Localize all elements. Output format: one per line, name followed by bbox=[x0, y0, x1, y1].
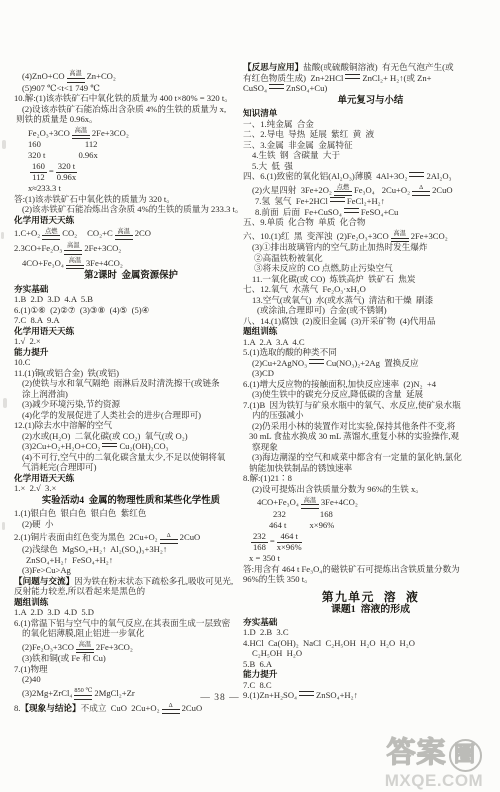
text-run: 盐酸(或硫酸铜溶液) 有无色气泡产生(或 bbox=[303, 62, 453, 72]
text-line: (2)Cu+2AgNO₃Cu(NO₃)₂+2Ag 置换反应 bbox=[243, 358, 498, 369]
text-run: ZnSO₄+H₂↑ bbox=[316, 690, 358, 700]
text-line: x≈233.3 t bbox=[14, 183, 248, 194]
text-run: Cu(NO₃)₂+2Ag 置换反应 bbox=[326, 358, 418, 368]
text-run: 钠能加快铁制品的锈蚀速率 bbox=[249, 463, 352, 473]
text-line: 则铁的质量是 0.96x。 bbox=[14, 114, 248, 125]
text-line: 知识清单 bbox=[243, 108, 498, 119]
text-line: 题组训练 bbox=[14, 597, 248, 608]
text-line: 1.A 2.D 3.D 4.D 5.D bbox=[14, 607, 248, 618]
text-line: x = 350 t bbox=[243, 553, 498, 564]
text-line: (2)硬 小 bbox=[14, 519, 248, 530]
text-run: 五、9.单质 化合物 单质 化合物 bbox=[243, 217, 365, 227]
text-line: 7.C 8.C bbox=[243, 680, 498, 691]
text-line: 8.解:(1)21∶8 bbox=[243, 473, 498, 484]
text-run: 6.(1)①⑥ (2)②⑦ (3)③⑧ (4)⑤ (5)④ bbox=[14, 305, 149, 315]
reaction-equals-arrow bbox=[330, 197, 345, 202]
text-run: (2)设可提炼出含铁质量分数为 96%的生铁 x。 bbox=[252, 484, 424, 494]
text-run: 13.空气(或氧气) 水(或水蒸气) 清洁和干燥 刷漆 bbox=[252, 295, 433, 305]
text-run: 7.(1)物理 bbox=[14, 664, 48, 674]
watermark-site-url: MXQE.COM bbox=[369, 771, 499, 791]
text-run: 气消耗完(合理即可) bbox=[22, 462, 96, 472]
text-line: 钠能加快铁制品的锈蚀速率 bbox=[243, 463, 498, 474]
reaction-equals-arrow: 高温 bbox=[76, 642, 94, 653]
text-run: (4)不可行,空气中的二氧化碳含量太少,不足以使铜将氧 bbox=[22, 452, 225, 462]
text-run: 1.A 2.D 3.D 4.D 5.D bbox=[14, 607, 94, 617]
text-run: 二、2.导电 导热 延展 紫红 黄 液 bbox=[243, 129, 374, 139]
text-line: 化学用语天天练 bbox=[14, 473, 248, 484]
fraction-denominator: 112 bbox=[30, 173, 47, 183]
text-line: 有红色物质生成) Zn+2HClZnCl₂+ H₂↑(或 Zn+ bbox=[243, 73, 498, 84]
bold-text-run: 夯实基础 bbox=[14, 284, 48, 294]
text-line: 4.生铁 钢 含碳量 大于 bbox=[243, 150, 498, 161]
text-line: C₂H₅OH H₂O bbox=[243, 648, 498, 659]
text-run: 则铁的质量是 0.96x。 bbox=[16, 114, 98, 124]
text-run: 2Al₂O₃ bbox=[426, 171, 451, 181]
text-line: (2)仍采用小林的装置作对比实验,保持其他条件不变,将 bbox=[243, 421, 498, 432]
text-run: 12.(1)除去水中溶解的空气 bbox=[14, 420, 112, 430]
text-line: 11.一氧化碳(或 CO) 炼铁高炉 铁矿石 焦炭 bbox=[243, 274, 498, 285]
bold-text-run: 题组训练 bbox=[14, 597, 48, 607]
text-line: 1.√ 2.× bbox=[14, 336, 248, 347]
text-run: 1.(1)银白色 银白色 银白色 紫红色 bbox=[14, 508, 146, 518]
bold-text-run: 能力提升 bbox=[14, 347, 48, 357]
text-run: 6.(1)常温下铝与空气中的氧气反应,在其表面生成一层致密 bbox=[14, 618, 230, 628]
text-line: 12.(1)除去水中溶解的空气 bbox=[14, 420, 248, 431]
text-run: 1.B 2.D 3.D 4.A 5.B bbox=[14, 294, 93, 304]
text-run: (2)Cu+2AgNO₃ bbox=[252, 358, 307, 368]
double-line-icon bbox=[66, 265, 84, 270]
fraction-denominator: 168 bbox=[251, 543, 268, 553]
fraction-numerator: 160 bbox=[30, 162, 47, 173]
text-line: 七、12.氧气 水蒸气 Fe₂O₃·xH₂O bbox=[243, 284, 498, 295]
text-line: 四、6.(1)致密的氧化铝(Al₂O₃)薄膜 4Al+3O₂2Al₂O₃ bbox=[243, 171, 498, 182]
text-line: (3)CD bbox=[243, 368, 498, 379]
text-run: 3Fe+4CO₂ bbox=[321, 497, 358, 507]
text-line: (2)Fe₂O₃+3CO高温2Fe+3CO₂ bbox=[14, 639, 248, 654]
reaction-equals-arrow: Δ bbox=[160, 533, 178, 544]
text-line: (2)火星四射 3Fe+2O₂点燃Fe₃O₄2Cu+O₂Δ2CuO bbox=[243, 182, 498, 197]
text-line: Fe₂O₃+3CO高温2Fe+3CO₂ bbox=[14, 125, 248, 140]
watermark-logo-circled-char: 圈 bbox=[449, 739, 482, 772]
text-run: 2MgCl₂+Zr bbox=[94, 688, 134, 698]
reaction-equals-arrow: 高温 bbox=[72, 128, 90, 139]
text-line: 二、2.导电 导热 延展 紫红 黄 液 bbox=[243, 129, 498, 140]
text-line: (2)浅绿色 MgSO₄+H₂↑ Al₂(SO₄)₃+3H₂↑ bbox=[14, 544, 248, 555]
text-line: 30 mL 食盐水换成 30 mL 蒸馏水,重复小林的实验操作,观 bbox=[243, 431, 498, 442]
text-run: 168 bbox=[320, 509, 333, 519]
text-run: CO₂+C bbox=[87, 228, 113, 238]
text-line: (3)Fe>Cu>Ag bbox=[14, 565, 248, 576]
fraction-denominator: x×96% bbox=[277, 543, 302, 553]
scan-artifact bbox=[2, 522, 5, 530]
reaction-equals-arrow: 点燃 bbox=[42, 229, 60, 240]
reaction-equals-arrow: 850 ℃ bbox=[74, 688, 92, 699]
text-run: (3)海边潮湿的空气和咸菜中都含有一定量的氯化钠,氯化 bbox=[252, 452, 462, 462]
text-line: (3)2Cu+O₂+H₂O+CO₂Cu₂(OH)₂CO₃ bbox=[14, 441, 248, 452]
bold-text-run: 第2课时 金属资源保护 bbox=[84, 271, 178, 281]
text-run: 7.C 8.C bbox=[243, 680, 272, 690]
text-line: 涂上润滑油) bbox=[14, 389, 248, 400]
text-line: 六、10.(1)红 黑 变浑浊 (2)Fe₂O₃+3CO高温2Fe+3CO₂ bbox=[243, 228, 498, 243]
heading-line: 课题1 溶液的形成 bbox=[243, 605, 498, 616]
text-run: ③将未反应的 CO 点燃,防止污染空气 bbox=[254, 263, 393, 273]
text-line: 五、9.单质 化合物 单质 化合物 bbox=[243, 217, 498, 228]
text-run: Zn+CO₂ bbox=[87, 71, 116, 81]
reaction-equals-arrow bbox=[102, 443, 117, 448]
text-run: x = 350 t bbox=[249, 553, 280, 563]
text-line: 察现象 bbox=[243, 442, 498, 453]
text-run: 三、3.金属 非金属 金属特征 bbox=[243, 140, 353, 150]
bold-text-run: 【现象与结论】 bbox=[20, 703, 80, 713]
text-line: 8.前面 后面 Fe+CuSO₄FeSO₄+Cu bbox=[243, 207, 498, 218]
double-line-icon bbox=[344, 208, 359, 213]
text-run: 1.D 2.B 3.C bbox=[243, 627, 289, 637]
heading-line: 实验活动4 金属的物理性质和某些化学性质 bbox=[14, 496, 248, 507]
reaction-equals-arrow: Δ bbox=[162, 703, 180, 714]
text-run: x≈233.3 t bbox=[28, 183, 61, 193]
double-line-icon bbox=[330, 197, 345, 202]
text-line: 1.B 2.D 3.D 4.A 5.B bbox=[14, 294, 248, 305]
text-run: 反射能力较差,所以看起来是黑色的 bbox=[14, 586, 145, 596]
text-line: (2)设该赤铁矿石能冶炼出含杂质 4%的生铁的质量为 x, bbox=[14, 104, 248, 115]
double-line-icon bbox=[162, 709, 180, 714]
text-run: 答:用含有 464 t Fe₃O₄的磁铁矿石可提炼出含铁质量分数为 bbox=[243, 564, 460, 574]
text-run: ZnCl₂+ H₂↑(或 Zn+ bbox=[362, 73, 431, 83]
text-run: (3)2Cu+O₂+H₂O+CO₂ bbox=[22, 441, 100, 451]
text-run: = bbox=[270, 536, 275, 546]
text-run: Fe₃O₄ bbox=[354, 185, 375, 195]
text-run: (2)该赤铁矿石能冶炼出含杂质 4%的生铁的质量为 233.3 t。 bbox=[22, 204, 244, 214]
text-line: (4)化学的发展促进了人类社会的进步(合理即可) bbox=[14, 410, 248, 421]
text-run: 11.(1)铜(或铝合金) 铁(或铝) bbox=[14, 368, 119, 378]
text-line: 4.HCl Ca(OH)₂ NaCl C₂H₅OH H₂O H₂O H₂O bbox=[243, 638, 498, 649]
text-run: 察现象 bbox=[252, 442, 278, 452]
scanned-answer-page: (4)ZnO+CO高温Zn+CO₂(5)907 ℃<t<1 749 ℃10.解:… bbox=[0, 0, 500, 792]
text-line: (2)该赤铁矿石能冶炼出含杂质 4%的生铁的质量为 233.3 t。 bbox=[14, 204, 248, 215]
text-line: 【问题与交流】因为铁在粉末状态下疏松多孔,吸收可见光, bbox=[14, 576, 248, 587]
fraction-numerator: 464 t bbox=[277, 532, 302, 543]
reaction-equals-arrow: 高温 bbox=[64, 243, 82, 254]
text-run: (4)化学的发展促进了人类社会的进步(合理即可) bbox=[22, 410, 201, 420]
text-run: 320 t bbox=[28, 150, 45, 160]
scan-artifact bbox=[1, 232, 4, 239]
text-line: 7.C 8.A 9.A bbox=[14, 315, 248, 326]
reaction-equals-arrow: 点燃 bbox=[334, 185, 352, 196]
text-run: 8.前面 后面 Fe+CuSO₄ bbox=[255, 207, 342, 217]
reaction-equals-arrow: 高温 bbox=[391, 231, 409, 242]
text-run: 11.一氧化碳(或 CO) 炼铁高炉 铁矿石 焦炭 bbox=[252, 274, 415, 284]
text-line: 1.D 2.B 3.C bbox=[243, 627, 498, 638]
fraction: 464 tx×96% bbox=[277, 532, 302, 552]
bold-text-run: 夯实基础 bbox=[243, 617, 277, 627]
text-line: 6.(1)常温下铝与空气中的氧气反应,在其表面生成一层致密 bbox=[14, 618, 248, 629]
heading-line: 单元复习与小结 bbox=[243, 96, 498, 107]
text-line: 夯实基础 bbox=[14, 284, 248, 295]
text-run: 2.3CO+Fe₂O₃ bbox=[14, 243, 62, 253]
text-line: 八、14.(1)腐蚀 (2)废旧金属 (3)开采矿物 (4)代用品 bbox=[243, 316, 498, 327]
text-line: 一、1.纯金属 合金 bbox=[243, 119, 498, 130]
text-line: 能力提升 bbox=[14, 347, 248, 358]
text-line: 9.(1)Zn+H₂SO₄ZnSO₄+H₂↑ bbox=[243, 690, 498, 701]
text-line: 反射能力较差,所以看起来是黑色的 bbox=[14, 586, 248, 597]
text-line: (3)减少环境污染,节约资源 bbox=[14, 399, 248, 410]
text-run: ②高温铁粉被氧化 bbox=[254, 253, 323, 263]
text-line: (或涂油,合理即可) 合金(或不锈钢) bbox=[243, 305, 498, 316]
text-line: 320 t0.96x bbox=[14, 150, 248, 161]
text-run: 7.氢 氢气 Fe+2HCl bbox=[255, 196, 328, 206]
text-run: (2)硬 小 bbox=[22, 519, 54, 529]
text-line: (2)40 bbox=[14, 674, 248, 685]
text-line: 1.A 2.A 3.A 4.C bbox=[243, 337, 498, 348]
watermark: 答案圈 MXQE.COM bbox=[369, 736, 499, 791]
bold-text-run: 化学用语天天练 bbox=[14, 326, 74, 336]
text-line: (3)①排出玻璃管内的空气,防止加热时发生爆炸 bbox=[243, 242, 498, 253]
text-line: 2.(1)铜片表面由红色变为黑色 2Cu+O₂Δ2CuO bbox=[14, 529, 248, 544]
text-run: 2CuO bbox=[182, 703, 203, 713]
text-line: 160112=320 t0.96x bbox=[14, 160, 248, 183]
text-line: 7.(1)物理 bbox=[14, 664, 248, 675]
text-run: 3Fe+4CO₂ bbox=[86, 258, 123, 268]
text-line: 1.C+O₂点燃CO₂CO₂+C高温2CO bbox=[14, 225, 248, 240]
text-line: 7.氢 氢气 Fe+2HClFeCl₂+H₂↑ bbox=[243, 196, 498, 207]
text-line: 5.B 6.A bbox=[243, 659, 498, 670]
text-run: 2Fe+3CO₂ bbox=[411, 231, 448, 241]
text-run: 2.(1)铜片表面由红色变为黑色 2Cu+O₂ bbox=[14, 532, 158, 542]
watermark-logo-text: 答案 bbox=[386, 737, 446, 769]
text-run: (3)Fe>Cu>Ag bbox=[22, 565, 71, 575]
text-line: 10.解:(1)该赤铁矿石中氧化铁的质量为 400 t×80% = 320 t。 bbox=[14, 93, 248, 104]
reaction-equals-arrow: 高温 bbox=[66, 258, 84, 269]
text-run: 涂上润滑油) bbox=[22, 389, 68, 399]
text-run: 4CO+Fe₃O₄ bbox=[257, 497, 299, 507]
text-run: C₂H₅OH H₂O bbox=[252, 648, 302, 658]
text-run: 7.C 8.A 9.A bbox=[14, 315, 60, 325]
text-line: (2)水或(H₂O) 二氧化碳(或 CO₂) 氧气(或 O₂) bbox=[14, 431, 248, 442]
text-line: ZnSO₄+H₂↑ FeSO₄+H₂↑ bbox=[14, 555, 248, 566]
text-run: CuSO₄ bbox=[243, 83, 267, 93]
double-line-icon bbox=[345, 74, 360, 79]
text-run: 30 mL 食盐水换成 30 mL 蒸馏水,重复小林的实验操作,观 bbox=[249, 431, 459, 441]
text-run: 2Fe+3CO₂ bbox=[92, 128, 129, 138]
text-line: 232168 bbox=[243, 509, 498, 520]
text-line: 232168=464 tx×96% bbox=[243, 530, 498, 553]
text-line: 答:(1)该赤铁矿石中氧化铁的质量为 320 t。 bbox=[14, 194, 248, 205]
reaction-equals-arrow: Δ bbox=[412, 185, 430, 196]
text-run: (2)浅绿色 MgSO₄+H₂↑ Al₂(SO₄)₃+3H₂↑ bbox=[22, 544, 167, 554]
text-run: FeSO₄+Cu bbox=[361, 207, 398, 217]
text-run: 464 t bbox=[269, 520, 286, 530]
text-line: 答:用含有 464 t Fe₃O₄的磁铁矿石可提炼出含铁质量分数为 bbox=[243, 564, 498, 575]
text-run: 六、10.(1)红 黑 变浑浊 (2)Fe₂O₃+3CO bbox=[243, 231, 389, 241]
text-run: 8.解:(1)21∶8 bbox=[243, 473, 292, 483]
text-run: CO₂ bbox=[62, 228, 77, 238]
text-line: 化学用语天天练 bbox=[14, 215, 248, 226]
text-run: 0.96x bbox=[78, 150, 97, 160]
text-line: 13.空气(或氧气) 水(或水蒸气) 清洁和干燥 刷漆 bbox=[243, 295, 498, 306]
double-line-icon bbox=[299, 691, 314, 696]
text-line: 化学用语天天练 bbox=[14, 326, 248, 337]
text-run: 四、6.(1)致密的氧化铝(Al₂O₃)薄膜 4Al+3O₂ bbox=[243, 171, 407, 181]
text-run: 7.(1)B 因为铁钉与矿泉水瓶中的氧气、水反应,使矿泉水瓶 bbox=[243, 400, 461, 410]
reaction-equals-arrow bbox=[269, 84, 284, 89]
text-line: (2)使铁与水和氧气隔绝 雨淋后及时清洗擦干(或链条 bbox=[14, 378, 248, 389]
double-line-icon bbox=[269, 84, 284, 89]
reaction-equals-arrow: 高温 bbox=[67, 71, 85, 82]
text-line: (2)设可提炼出含铁质量分数为 96%的生铁 x。 bbox=[243, 484, 498, 495]
bold-text-run: 题组训练 bbox=[243, 326, 277, 336]
reaction-equals-arrow: 高温 bbox=[301, 498, 319, 509]
bold-text-run: 单元复习与小结 bbox=[338, 96, 404, 106]
text-line: 的氧化铝薄膜,阻止铝进一步氧化 bbox=[14, 628, 248, 639]
fraction-denominator: 0.96x bbox=[56, 173, 77, 183]
text-run: 七、12.氧气 水蒸气 Fe₂O₃·xH₂O bbox=[243, 284, 366, 294]
text-line: 气消耗完(合理即可) bbox=[14, 462, 248, 473]
text-line: 夯实基础 bbox=[243, 617, 498, 628]
text-line: 6.(1)①⑥ (2)②⑦ (3)③⑧ (4)⑤ (5)④ bbox=[14, 305, 248, 316]
text-run: 八、14.(1)腐蚀 (2)废旧金属 (3)开采矿物 (4)代用品 bbox=[243, 316, 436, 326]
text-line: 2.3CO+Fe₂O₃高温2Fe+3CO₂ bbox=[14, 240, 248, 255]
text-run: 一、1.纯金属 合金 bbox=[243, 119, 314, 129]
reaction-equals-arrow bbox=[344, 208, 359, 213]
text-line: (3)海边潮湿的空气和咸菜中都含有一定量的氯化钠,氯化 bbox=[243, 452, 498, 463]
reaction-equals-arrow bbox=[309, 359, 324, 364]
bold-text-run: 实验活动4 金属的物理性质和某些化学性质 bbox=[42, 496, 220, 506]
scan-artifact bbox=[2, 140, 6, 149]
text-run: (4)ZnO+CO bbox=[22, 71, 65, 81]
text-run: 内的压强减小 bbox=[252, 410, 304, 420]
fraction-numerator: 320 t bbox=[56, 162, 77, 173]
text-run: 10.C bbox=[14, 357, 30, 367]
reaction-equals-arrow bbox=[299, 691, 314, 696]
text-line: 160112 bbox=[14, 139, 248, 150]
double-line-icon bbox=[309, 359, 324, 364]
reaction-equals-arrow bbox=[345, 74, 360, 79]
text-run: (3)CD bbox=[252, 368, 274, 378]
watermark-logo: 答案圈 bbox=[369, 736, 499, 772]
text-line: 6.(1)增大反应物的接触面积,加快反应速率 (2)N₂ +4 bbox=[243, 379, 498, 390]
text-line: 题组训练 bbox=[243, 326, 498, 337]
text-line: 96%的生铁 350 t。 bbox=[243, 574, 498, 585]
text-line: 10.C bbox=[14, 357, 248, 368]
text-run: (3)①排出玻璃管内的空气,防止加热时发生爆炸 bbox=[252, 242, 427, 252]
text-run: (3)减少环境污染,节约资源 bbox=[22, 399, 120, 409]
text-run: 1.A 2.A 3.A 4.C bbox=[243, 337, 305, 347]
text-run: (2)40 bbox=[22, 674, 41, 684]
text-run: 160 bbox=[28, 139, 41, 149]
text-run: 1.√ 2.× bbox=[14, 336, 41, 346]
text-run: 2Fe+3CO₂ bbox=[96, 642, 133, 652]
text-line: (4)不可行,空气中的二氧化碳含量太少,不足以使铜将氧 bbox=[14, 452, 248, 463]
text-run: 5.B 6.A bbox=[243, 659, 272, 669]
text-run: 2CO bbox=[135, 228, 151, 238]
heading-line: 第2课时 金属资源保护 bbox=[14, 271, 248, 282]
text-line: (4)ZnO+CO高温Zn+CO₂ bbox=[14, 68, 248, 83]
text-line: CuSO₄ZnSO₄+Cu) bbox=[243, 83, 498, 94]
text-run: (3)铁和铜(或 Fe 和 Cu) bbox=[22, 653, 106, 663]
text-line: 三、3.金属 非金属 金属特征 bbox=[243, 140, 498, 151]
text-line: 4CO+Fe₃O₄高温3Fe+4CO₂ bbox=[243, 494, 498, 509]
text-run: 232 bbox=[273, 509, 286, 519]
scan-artifact bbox=[3, 398, 7, 408]
text-run: 10.解:(1)该赤铁矿石中氧化铁的质量为 400 t×80% = 320 t。 bbox=[14, 93, 233, 103]
text-line: 1.(1)银白色 银白色 银白色 紫红色 bbox=[14, 508, 248, 519]
text-run: 2Cu+O₂ bbox=[382, 185, 410, 195]
text-run: 1.× 2.√ 3.× bbox=[14, 483, 56, 493]
text-run: 4.HCl Ca(OH)₂ NaCl C₂H₅OH H₂O H₂O H₂O bbox=[243, 638, 415, 648]
bold-text-run: 能力提升 bbox=[243, 669, 277, 679]
reaction-equals-arrow bbox=[409, 172, 424, 177]
text-line: 内的压强减小 bbox=[243, 410, 498, 421]
text-line: 4CO+Fe₃O₄高温3Fe+4CO₂ bbox=[14, 255, 248, 270]
text-run: (或涂油,合理即可) 合金(或不锈钢) bbox=[257, 305, 387, 315]
text-line: ②高温铁粉被氧化 bbox=[243, 253, 498, 264]
text-run: 2CuO bbox=[180, 532, 201, 542]
text-run: 4CO+Fe₃O₄ bbox=[22, 258, 64, 268]
text-run: 不成立 CuO 2Cu+O₂ bbox=[81, 703, 160, 713]
text-run: (5)907 ℃<t<1 749 ℃ bbox=[22, 83, 100, 93]
text-run: 5.(1)选取的酸的种类不同 bbox=[243, 347, 337, 357]
text-run: = bbox=[49, 166, 54, 176]
text-line: 11.(1)铜(或铝合金) 铁(或铝) bbox=[14, 368, 248, 379]
text-line: 5.(1)选取的酸的种类不同 bbox=[243, 347, 498, 358]
text-run: 1.C+O₂ bbox=[14, 228, 40, 238]
left-column: (4)ZnO+CO高温Zn+CO₂(5)907 ℃<t<1 749 ℃10.解:… bbox=[14, 68, 248, 714]
text-run: 6.(1)增大反应物的接触面积,加快反应速率 (2)N₂ +4 bbox=[243, 379, 436, 389]
text-line: 能力提升 bbox=[243, 669, 498, 680]
text-line: (3)铁和铜(或 Fe 和 Cu) bbox=[14, 653, 248, 664]
text-run: (2)设该赤铁矿石能冶炼出含杂质 4%的生铁的质量为 x, bbox=[22, 104, 226, 114]
text-run: 112 bbox=[85, 139, 98, 149]
text-line: 7.(1)B 因为铁钉与矿泉水瓶中的氧气、水反应,使矿泉水瓶 bbox=[243, 400, 498, 411]
page-number: — 38 — bbox=[170, 693, 270, 703]
text-run: (3)使生铁中的碳充分反应,降低碳的含量 延展 bbox=[252, 389, 423, 399]
text-run: (2)使铁与水和氧气隔绝 雨淋后及时清洗擦干(或链条 bbox=[22, 378, 220, 388]
text-run: (2)火星四射 3Fe+2O₂ bbox=[252, 185, 332, 195]
fraction: 232168 bbox=[251, 532, 268, 552]
text-line: 464 tx×96% bbox=[243, 520, 498, 531]
text-run: 2CuO bbox=[432, 185, 453, 195]
bold-text-run: 第九单元 溶 液 bbox=[322, 590, 420, 604]
text-run: 有红色物质生成) Zn+2HCl bbox=[243, 73, 343, 83]
double-line-icon bbox=[102, 443, 117, 448]
text-line: 【反思与应用】盐酸(或硫酸铜溶液) 有无色气泡产生(或 bbox=[243, 62, 498, 73]
bold-text-run: 化学用语天天练 bbox=[14, 473, 74, 483]
text-run: (2)水或(H₂O) 二氧化碳(或 CO₂) 氧气(或 O₂) bbox=[22, 431, 188, 441]
bold-text-run: 知识清单 bbox=[243, 108, 277, 118]
text-run: ZnSO₄+H₂↑ FeSO₄+H₂↑ bbox=[26, 555, 113, 565]
text-run: (2)仍采用小林的装置作对比实验,保持其他条件不变,将 bbox=[252, 421, 455, 431]
text-run: Fe₂O₃+3CO bbox=[28, 128, 70, 138]
text-run: 96%的生铁 350 t。 bbox=[243, 574, 313, 584]
text-line: 1.× 2.√ 3.× bbox=[14, 483, 248, 494]
text-run: FeCl₂+H₂↑ bbox=[347, 196, 385, 206]
text-run: 的氧化铝薄膜,阻止铝进一步氧化 bbox=[22, 628, 144, 638]
bold-text-run: 化学用语天天练 bbox=[14, 215, 74, 225]
double-line-icon bbox=[409, 172, 424, 177]
text-line: (5)907 ℃<t<1 749 ℃ bbox=[14, 83, 248, 94]
reaction-equals-arrow: 高温 bbox=[115, 229, 133, 240]
text-run: x×96% bbox=[309, 520, 334, 530]
text-line: 5.大 低 强 bbox=[243, 161, 498, 172]
bold-text-run: 【问题与交流】 bbox=[14, 576, 74, 586]
fraction-numerator: 232 bbox=[251, 532, 268, 543]
text-run: 4.生铁 钢 含碳量 大于 bbox=[252, 150, 340, 160]
text-run: 5.大 低 强 bbox=[252, 161, 293, 171]
right-column: 【反思与应用】盐酸(或硫酸铜溶液) 有无色气泡产生(或有红色物质生成) Zn+2… bbox=[243, 62, 498, 701]
text-line: ③将未反应的 CO 点燃,防止污染空气 bbox=[243, 263, 498, 274]
fraction: 160112 bbox=[30, 162, 47, 182]
text-run: ZnSO₄+Cu) bbox=[286, 83, 327, 93]
